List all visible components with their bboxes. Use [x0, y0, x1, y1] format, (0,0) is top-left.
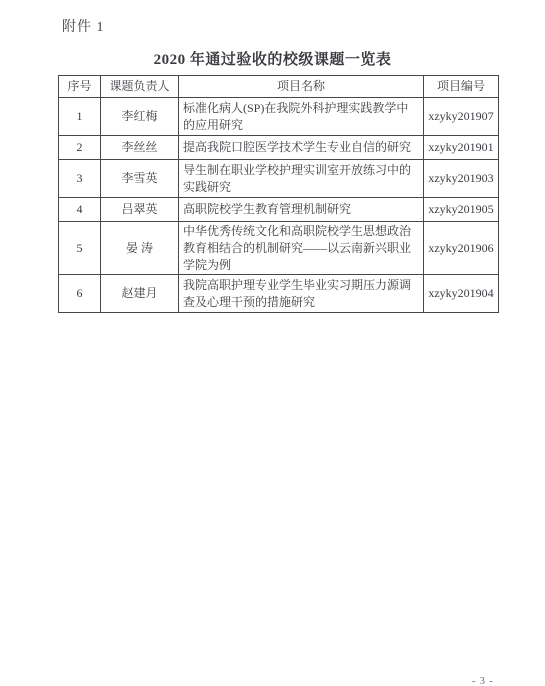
cell-project: 高职院校学生教育管理机制研究	[179, 198, 424, 222]
table-row: 5 晏 涛 中华优秀传统文化和高职院校学生思想政治教育相结合的机制研究——以云南…	[59, 222, 499, 275]
cell-no: 4	[59, 198, 101, 222]
attachment-label: 附件 1	[62, 16, 105, 36]
cell-no: 3	[59, 160, 101, 198]
table-row: 1 李红梅 标准化病人(SP)在我院外科护理实践教学中的应用研究 xzyky20…	[59, 98, 499, 136]
column-header-project: 项目名称	[179, 76, 424, 98]
cell-leader: 赵建月	[101, 275, 179, 313]
cell-project: 我院高职护理专业学生毕业实习期压力源调查及心理干预的措施研究	[179, 275, 424, 313]
cell-code: xzyky201904	[424, 275, 499, 313]
column-header-code: 项目编号	[424, 76, 499, 98]
cell-no: 1	[59, 98, 101, 136]
cell-project: 导生制在职业学校护理实训室开放练习中的实践研究	[179, 160, 424, 198]
cell-project: 提高我院口腔医学技术学生专业自信的研究	[179, 136, 424, 160]
column-header-leader: 课题负责人	[101, 76, 179, 98]
document-page: 附件 1 2020 年通过验收的校级课题一览表 序号 课题负责人 项目名称 项目…	[0, 0, 545, 686]
cell-code: xzyky201907	[424, 98, 499, 136]
page-number: - 3 -	[472, 676, 494, 686]
cell-no: 5	[59, 222, 101, 275]
cell-project: 中华优秀传统文化和高职院校学生思想政治教育相结合的机制研究——以云南新兴职业学院…	[179, 222, 424, 275]
cell-code: xzyky201905	[424, 198, 499, 222]
cell-leader: 吕翠英	[101, 198, 179, 222]
cell-leader: 李雪英	[101, 160, 179, 198]
cell-no: 6	[59, 275, 101, 313]
table-row: 2 李丝丝 提高我院口腔医学技术学生专业自信的研究 xzyky201901	[59, 136, 499, 160]
table-header-row: 序号 课题负责人 项目名称 项目编号	[59, 76, 499, 98]
cell-no: 2	[59, 136, 101, 160]
cell-leader: 李丝丝	[101, 136, 179, 160]
cell-leader: 晏 涛	[101, 222, 179, 275]
table-row: 3 李雪英 导生制在职业学校护理实训室开放练习中的实践研究 xzyky20190…	[59, 160, 499, 198]
cell-code: xzyky201903	[424, 160, 499, 198]
cell-code: xzyky201901	[424, 136, 499, 160]
cell-code: xzyky201906	[424, 222, 499, 275]
cell-project: 标准化病人(SP)在我院外科护理实践教学中的应用研究	[179, 98, 424, 136]
projects-table: 序号 课题负责人 项目名称 项目编号 1 李红梅 标准化病人(SP)在我院外科护…	[58, 75, 499, 313]
cell-leader: 李红梅	[101, 98, 179, 136]
column-header-no: 序号	[59, 76, 101, 98]
table-row: 4 吕翠英 高职院校学生教育管理机制研究 xzyky201905	[59, 198, 499, 222]
table-row: 6 赵建月 我院高职护理专业学生毕业实习期压力源调查及心理干预的措施研究 xzy…	[59, 275, 499, 313]
page-title: 2020 年通过验收的校级课题一览表	[0, 48, 545, 69]
